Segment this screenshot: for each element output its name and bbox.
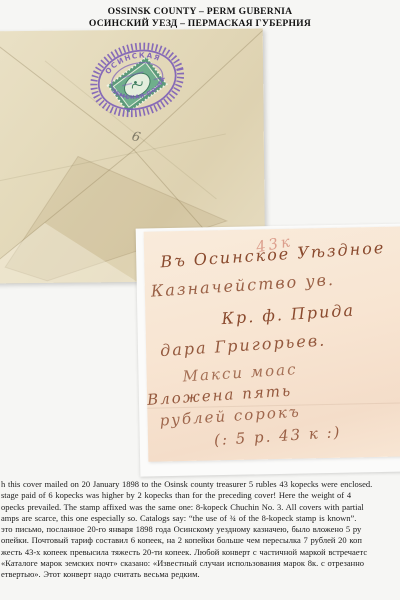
caption-line: это письмо, посланное 20-го января 1898 … (1, 524, 400, 535)
exhibit-page: { "header": { "line_en": "OSSINSK COUNTY… (0, 0, 400, 600)
handwriting-line: Кр. ф. Прида (221, 301, 356, 329)
caption-line: етвертью». Этот конверт надо считать вес… (1, 569, 400, 580)
caption-line: «Каталоге марок земских почт» сказано: «… (1, 558, 400, 569)
caption-line: h this cover mailed on 20 January 1898 t… (1, 479, 400, 490)
handwriting-line: дара Григорьев. (160, 330, 327, 360)
manuscript-document: 43к Въ Осинское Уѣздное Казначейство ув.… (144, 226, 400, 462)
caption-block: h this cover mailed on 20 January 1898 t… (0, 479, 400, 581)
caption-line: жесть 43-х копеек превысила тяжесть 20-т… (1, 547, 400, 558)
caption-line: opecks prevailed. The stamp affixed was … (1, 502, 400, 513)
caption-line: amps are scarce, this one especially so.… (1, 513, 400, 524)
caption-line: опейки. Почтовый тариф составил 6 копеек… (1, 535, 400, 546)
caption-line: stage paid of 6 kopecks was higher by 2 … (1, 490, 400, 501)
handwriting-line: Казначейство ув. (150, 270, 335, 301)
header-title-ru: ОСИНСКИЙ УЕЗД – ПЕРМАСКАЯ ГУБЕРНИЯ (0, 18, 400, 30)
header-title-en: OSSINSK COUNTY – PERM GUBERNIA (0, 6, 400, 18)
page-header: OSSINSK COUNTY – PERM GUBERNIA ОСИНСКИЙ … (0, 6, 400, 30)
handwriting-line: (: 5 р. 43 к :) (213, 423, 342, 449)
